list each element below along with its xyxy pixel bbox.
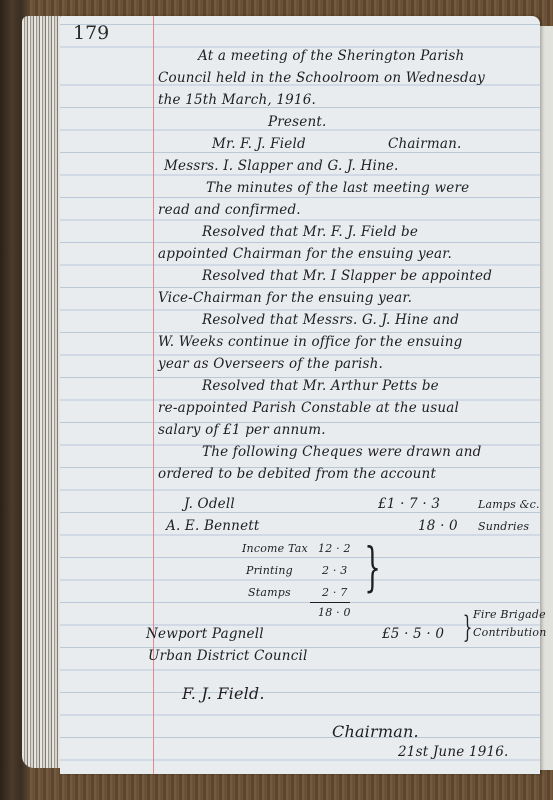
attendee-name: Mr. F. J. Field — [212, 136, 306, 152]
fire-brigade-amount: £5 · 5 · 0 — [382, 626, 444, 642]
resolution-line: Resolved that Mr. I Slapper be appointed — [202, 268, 492, 284]
fire-brigade-payee: Urban District Council — [148, 648, 308, 664]
cheque-amount: 18 · 0 — [418, 518, 458, 534]
resolution-line: W. Weeks continue in office for the ensu… — [158, 334, 462, 350]
breakdown-label: Printing — [246, 564, 293, 577]
heading-line-3: the 15th March, 1916. — [158, 92, 316, 108]
resolution-line: year as Overseers of the parish. — [158, 356, 383, 372]
resolution-line: Vice-Chairman for the ensuing year. — [158, 290, 412, 306]
signature-date: 21st June 1916. — [398, 744, 509, 760]
signature-title: Chairman. — [332, 722, 419, 741]
breakdown-amount: 2 · 7 — [322, 586, 348, 599]
cheque-purpose: Lamps &c. — [478, 498, 540, 511]
heading-line-1: At a meeting of the Sherington Parish — [198, 48, 464, 64]
minutes-line: The following Cheques were drawn and — [202, 444, 481, 460]
minutes-line: read and confirmed. — [158, 202, 301, 218]
resolution-line: Resolved that Mr. F. J. Field be — [202, 224, 418, 240]
attendee-name: Messrs. I. Slapper and G. J. Hine. — [164, 158, 399, 174]
curly-brace: } — [463, 610, 473, 645]
cheque-purpose: Sundries — [478, 520, 529, 533]
breakdown-label: Stamps — [248, 586, 291, 599]
heading-line-2: Council held in the Schoolroom on Wednes… — [158, 70, 485, 86]
breakdown-amount: 2 · 3 — [322, 564, 348, 577]
minutes-line: ordered to be debited from the account — [158, 466, 436, 482]
attendee-role: Chairman. — [388, 136, 461, 152]
fire-brigade-payee: Newport Pagnell — [146, 626, 264, 642]
cheque-payee: A. E. Bennett — [166, 518, 260, 534]
resolution-line: Resolved that Messrs. G. J. Hine and — [202, 312, 459, 328]
cheque-amount: £1 · 7 · 3 — [378, 496, 440, 512]
breakdown-total: 18 · 0 — [318, 606, 351, 619]
page-number: 179 — [73, 22, 109, 44]
present-label: Present. — [268, 114, 326, 130]
resolution-line: appointed Chairman for the ensuing year. — [158, 246, 452, 262]
resolution-line: salary of £1 per annum. — [158, 422, 326, 438]
breakdown-amount: 12 · 2 — [318, 542, 351, 555]
resolution-line: re-appointed Parish Constable at the usu… — [158, 400, 459, 416]
signature-name: F. J. Field. — [182, 684, 265, 703]
fire-brigade-purpose: Contribution — [473, 626, 547, 639]
resolution-line: Resolved that Mr. Arthur Petts be — [202, 378, 439, 394]
minute-book-page: 179 At a meeting of the Sherington Paris… — [60, 16, 540, 774]
minutes-line: The minutes of the last meeting were — [206, 180, 469, 196]
curly-brace: } — [364, 538, 381, 598]
sum-rule — [310, 602, 350, 603]
breakdown-label: Income Tax — [242, 542, 308, 555]
page-edges — [22, 16, 62, 768]
cheque-payee: J. Odell — [184, 496, 235, 512]
fire-brigade-purpose: Fire Brigade — [473, 608, 546, 621]
